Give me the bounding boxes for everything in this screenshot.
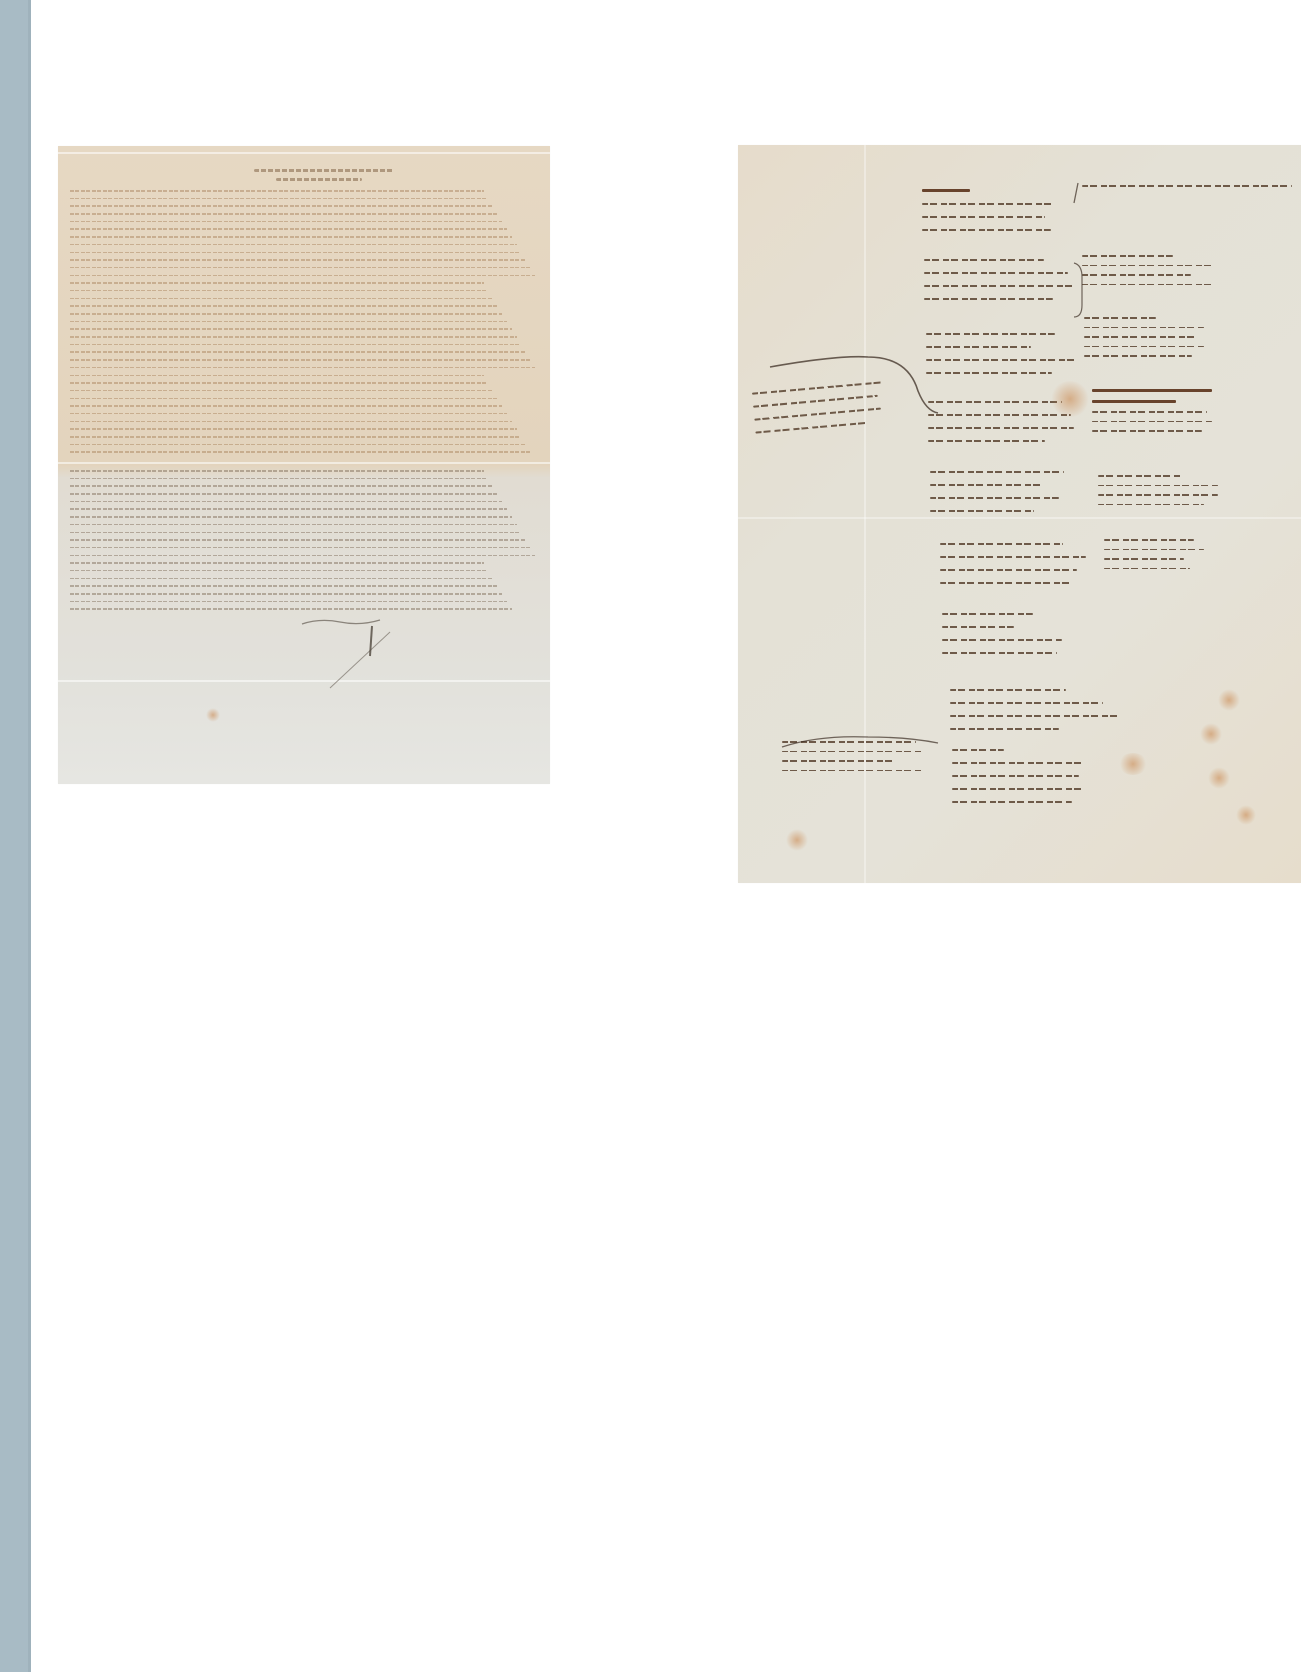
handwriting-line — [70, 413, 507, 415]
handwriting-line — [70, 532, 521, 534]
foxing-stain — [206, 708, 220, 722]
poem-stanza — [1092, 389, 1212, 440]
handwriting-line — [70, 390, 493, 392]
handwriting-line — [70, 351, 526, 353]
handwriting-line — [70, 198, 488, 200]
poem-stanza — [1098, 475, 1218, 513]
handwriting-line — [70, 444, 526, 446]
handwriting-line — [70, 516, 512, 518]
handwriting-line — [70, 555, 535, 557]
handwriting-line — [70, 436, 521, 438]
handwriting-line — [70, 282, 484, 284]
handwriting-line — [70, 267, 531, 269]
manuscript-title — [254, 169, 394, 172]
poem-note-top — [1082, 185, 1292, 198]
handwriting-line — [70, 259, 526, 261]
handwriting-line — [70, 562, 484, 564]
foxing-stain — [1200, 723, 1222, 745]
handwriting-line — [70, 398, 498, 400]
handwriting-line — [70, 539, 526, 541]
fold-line — [58, 462, 550, 464]
handwriting-line — [70, 290, 488, 292]
handwriting-line — [70, 578, 493, 580]
handwriting-line — [70, 221, 502, 223]
handwriting-line — [70, 336, 517, 338]
poem-stanza — [930, 471, 1070, 523]
handwriting-line — [70, 547, 531, 549]
handwriting-line — [70, 236, 512, 238]
manuscript-image-left — [58, 146, 550, 784]
poem-stanza — [926, 333, 1076, 385]
fold-line — [58, 152, 550, 154]
handwriting-line — [70, 190, 484, 192]
handwriting-line — [70, 470, 484, 472]
poem-stanza — [950, 689, 1120, 741]
poem-stanza — [922, 189, 1056, 242]
handwriting-line — [70, 313, 502, 315]
handwriting-line — [70, 478, 488, 480]
handwriting-line — [70, 501, 502, 503]
poem-stanza — [952, 749, 1082, 814]
handwriting-line — [70, 593, 502, 595]
foxing-stain — [1218, 689, 1240, 711]
poem-stanza — [1084, 317, 1204, 365]
poem-stanza — [940, 543, 1086, 595]
handwriting-line — [70, 451, 531, 453]
handwriting-line — [70, 244, 517, 246]
handwriting-line — [70, 421, 512, 423]
handwriting-line — [70, 344, 521, 346]
poem-stanza — [928, 401, 1074, 453]
handwriting-line — [70, 275, 535, 277]
handwriting-line — [70, 382, 488, 384]
sidebar-strip — [0, 0, 31, 1672]
poem-stanza — [1082, 255, 1212, 293]
poem-stanza — [1104, 539, 1204, 577]
fold-line — [58, 680, 550, 682]
handwriting-line — [70, 228, 507, 230]
manuscript-text-upper — [70, 190, 540, 459]
manuscript-subtitle — [276, 178, 362, 181]
handwriting-line — [70, 328, 512, 330]
signature-mark — [300, 616, 420, 696]
handwriting-line — [70, 585, 498, 587]
handwriting-line — [70, 493, 498, 495]
handwriting-line — [70, 321, 507, 323]
handwriting-line — [70, 608, 512, 610]
manuscript-text-lower — [70, 470, 540, 616]
manuscript-image-right — [738, 145, 1301, 883]
foxing-stain — [1050, 381, 1090, 417]
poem-stanza — [924, 259, 1074, 311]
handwriting-line — [70, 359, 531, 361]
handwriting-line — [70, 252, 521, 254]
handwriting-line — [70, 405, 502, 407]
foxing-stain — [1118, 753, 1148, 775]
handwriting-line — [70, 508, 507, 510]
handwriting-line — [70, 485, 493, 487]
foxing-stain — [786, 829, 808, 851]
handwriting-line — [70, 570, 488, 572]
handwriting-line — [70, 213, 498, 215]
foxing-stain — [1236, 805, 1256, 825]
handwriting-line — [70, 298, 493, 300]
handwriting-line — [70, 205, 493, 207]
handwriting-line — [70, 305, 498, 307]
poem-stanza — [942, 613, 1062, 665]
handwriting-line — [70, 367, 535, 369]
handwriting-line — [70, 601, 507, 603]
handwriting-line — [70, 375, 484, 377]
margin-note — [782, 741, 922, 779]
handwriting-line — [70, 524, 517, 526]
handwriting-line — [70, 428, 517, 430]
foxing-stain — [1208, 767, 1230, 789]
